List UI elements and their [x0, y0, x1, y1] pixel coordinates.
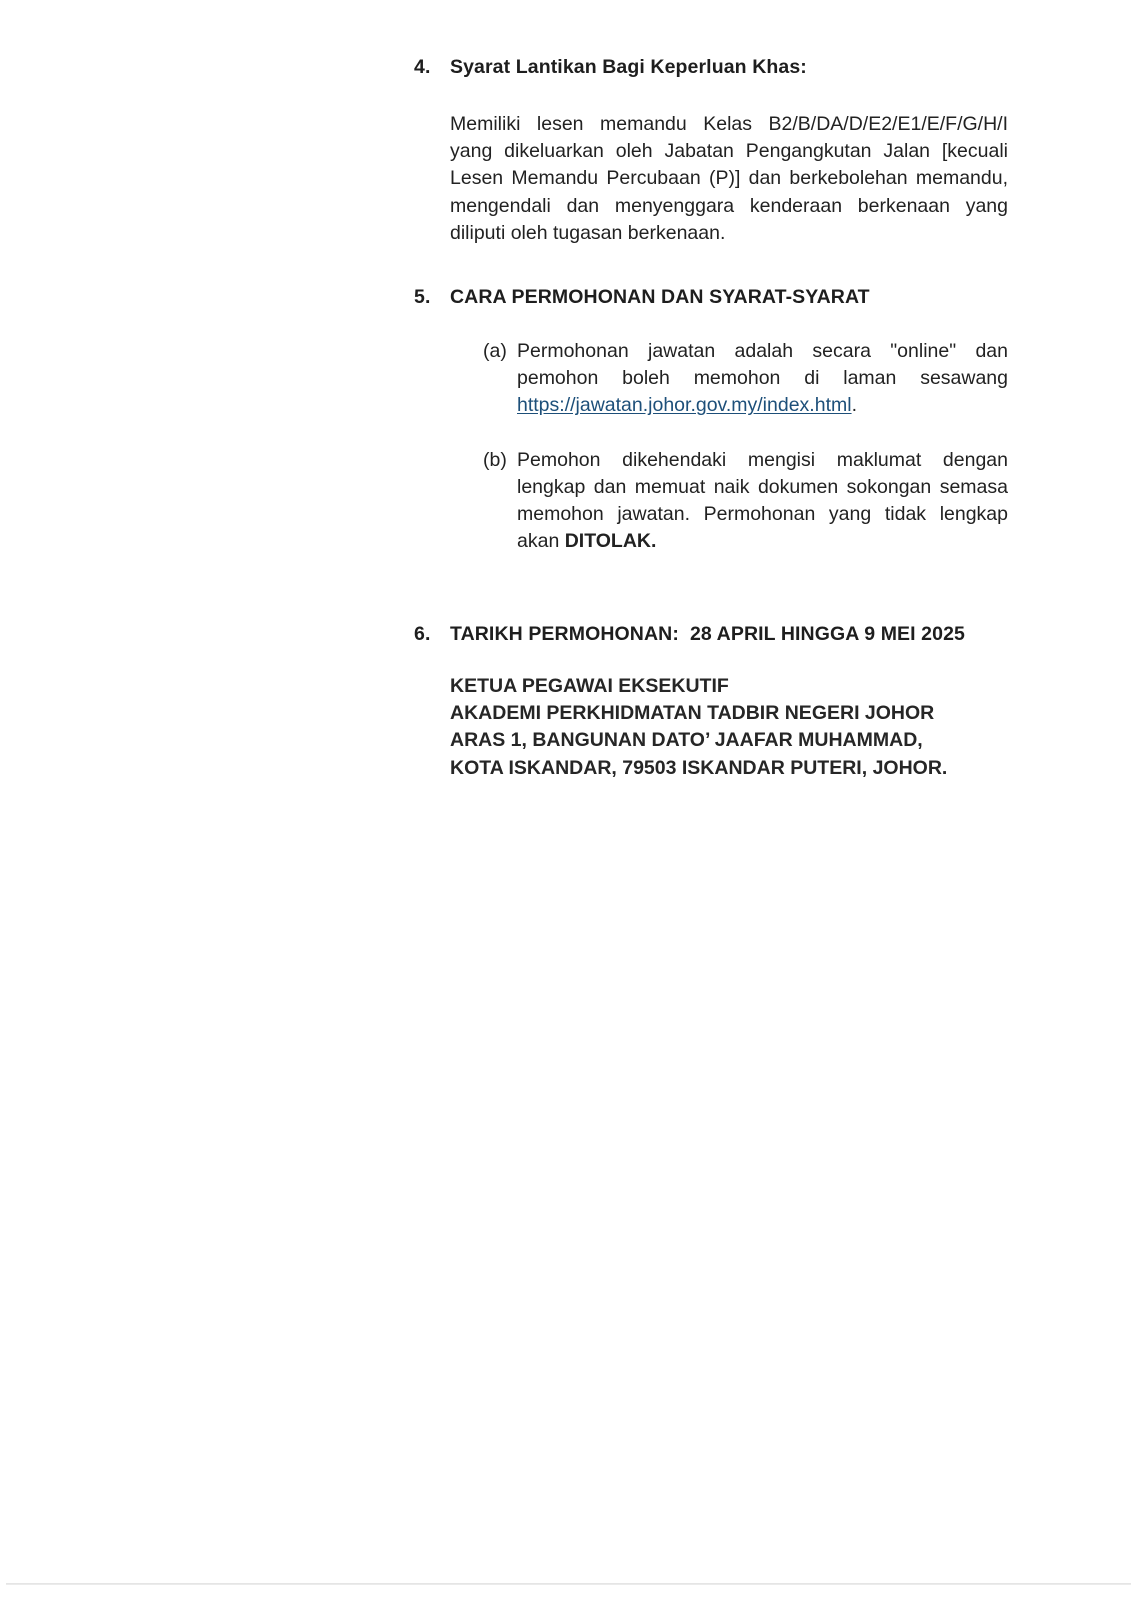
date-label: TARIKH PERMOHONAN: [450, 623, 679, 645]
section-heading: 6. TARIKH PERMOHONAN: 28 APRIL HINGGA 9 … [414, 621, 1034, 647]
address-line: AKADEMI PERKHIDMATAN TADBIR NEGERI JOHOR [450, 700, 1034, 727]
section-title: CARA PERMOHONAN DAN SYARAT-SYARAT [450, 284, 1008, 310]
section-6-application-date: 6. TARIKH PERMOHONAN: 28 APRIL HINGGA 9 … [414, 621, 1034, 782]
sub-item-a: (a) Permohonan jawatan adalah secara "on… [483, 338, 1008, 420]
sub-item-label: (b) [483, 447, 517, 556]
address-line: ARAS 1, BANGUNAN DATO’ JAAFAR MUHAMMAD, [450, 727, 1034, 754]
address-line: KETUA PEGAWAI EKSEKUTIF [450, 673, 1034, 700]
section-5-application-method: 5. CARA PERMOHONAN DAN SYARAT-SYARAT (a)… [414, 284, 1008, 555]
section-heading: 5. CARA PERMOHONAN DAN SYARAT-SYARAT [414, 284, 1008, 310]
section-number: 5. [414, 284, 450, 310]
sub-item-text-part: . [852, 394, 857, 416]
document-page: 4. Syarat Lantikan Bagi Keperluan Khas: … [0, 0, 1131, 1600]
section-number: 6. [414, 621, 450, 647]
date-range: 28 APRIL HINGGA 9 MEI 2025 [690, 623, 965, 645]
sub-item-b: (b) Pemohon dikehendaki mengisi maklumat… [483, 447, 1008, 556]
sub-item-text: Permohonan jawatan adalah secara "online… [517, 338, 1008, 420]
section-heading: 4. Syarat Lantikan Bagi Keperluan Khas: [414, 54, 1008, 80]
rejected-emphasis: DITOLAK. [565, 530, 657, 552]
address-line: KOTA ISKANDAR, 79503 ISKANDAR PUTERI, JO… [450, 755, 1034, 782]
section-body: Memiliki lesen memandu Kelas B2/B/DA/D/E… [450, 111, 1008, 247]
section-number: 4. [414, 54, 450, 80]
address-block: KETUA PEGAWAI EKSEKUTIF AKADEMI PERKHIDM… [450, 673, 1034, 782]
sub-item-text: Pemohon dikehendaki mengisi maklumat den… [517, 447, 1008, 556]
section-title: Syarat Lantikan Bagi Keperluan Khas: [450, 54, 1008, 80]
sub-item-text-part: Permohonan jawatan adalah secara "online… [517, 340, 1008, 389]
application-website-link[interactable]: https://jawatan.johor.gov.my/index.html [517, 394, 852, 416]
section-4-special-requirements: 4. Syarat Lantikan Bagi Keperluan Khas: … [414, 54, 1008, 247]
sub-item-label: (a) [483, 338, 517, 420]
page-bottom-edge [6, 1583, 1131, 1585]
section-title: TARIKH PERMOHONAN: 28 APRIL HINGGA 9 MEI… [450, 621, 1034, 647]
